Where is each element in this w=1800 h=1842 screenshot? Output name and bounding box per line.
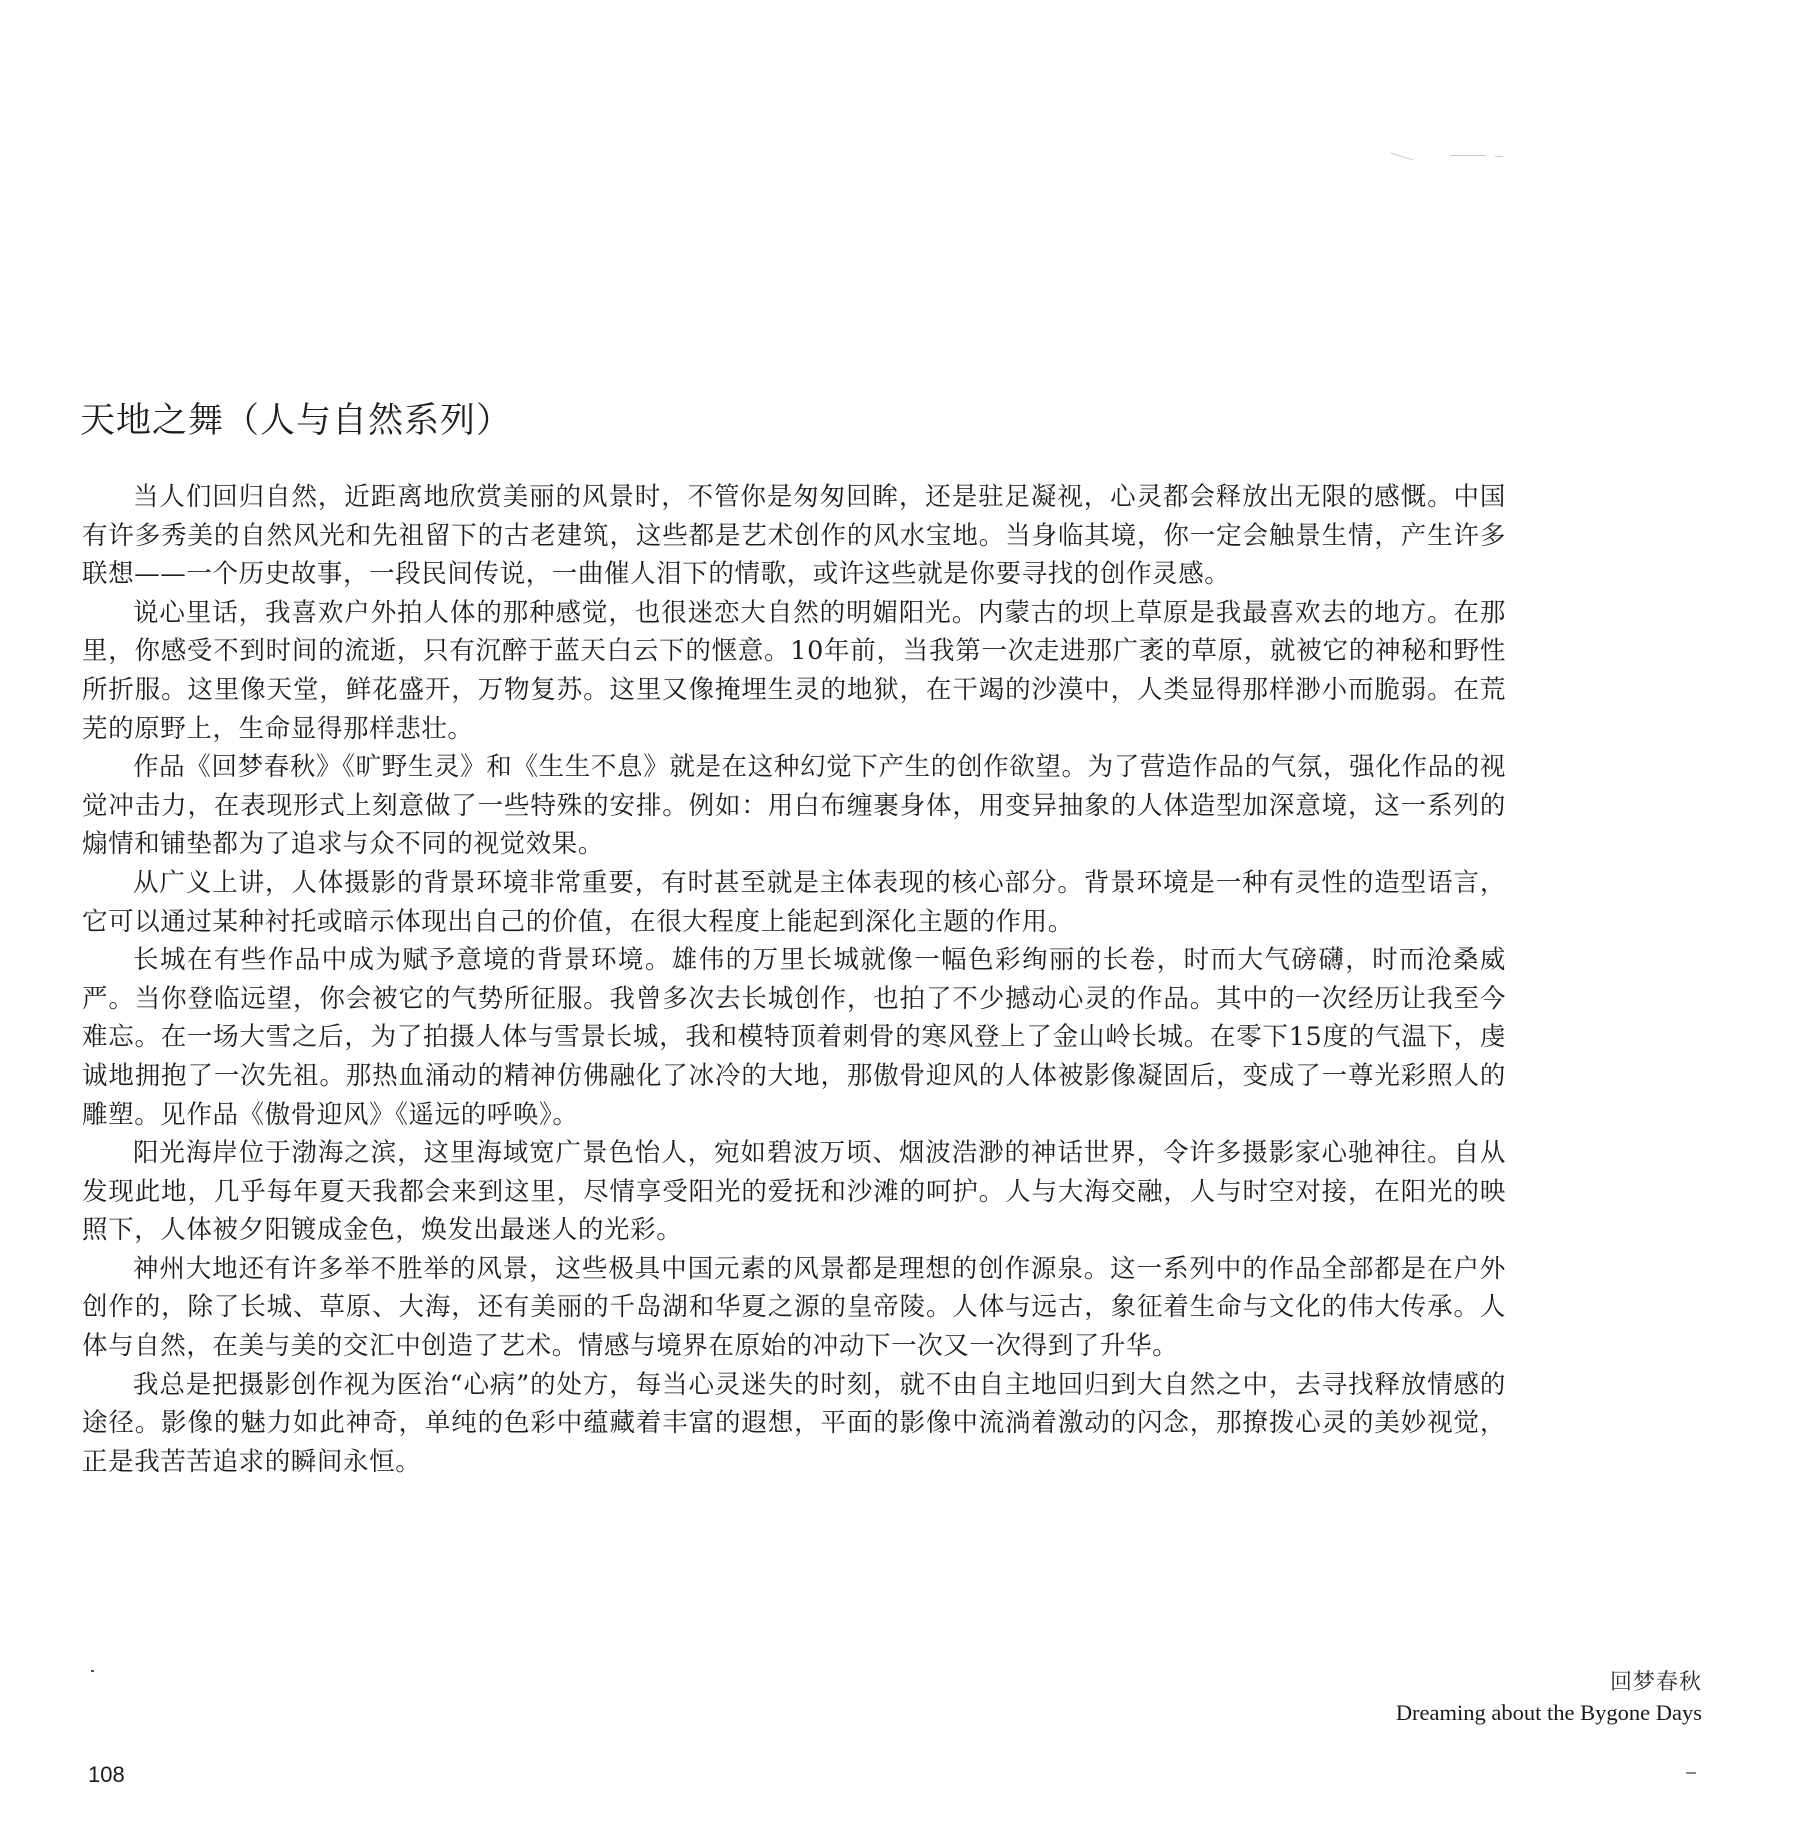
page-number: 108	[88, 1762, 125, 1788]
paragraph: 说心里话，我喜欢户外拍人体的那种感觉，也很迷恋大自然的明媚阳光。内蒙古的坝上草原…	[82, 594, 1506, 748]
page-title: 天地之舞（人与自然系列）	[80, 393, 512, 443]
paragraph: 我总是把摄影创作视为医治“心病”的处方，每当心灵迷失的时刻，就不由自主地回归到大…	[82, 1366, 1506, 1482]
scan-artifact	[1450, 155, 1486, 156]
caption-title-en: Dreaming about the Bygone Days	[1396, 1698, 1702, 1728]
scan-artifact	[1390, 152, 1413, 160]
scan-artifact	[1495, 156, 1503, 157]
photo-caption: 回梦春秋 Dreaming about the Bygone Days	[1396, 1668, 1702, 1728]
article-body: 当人们回归自然，近距离地欣赏美丽的风景时，不管你是匆匆回眸，还是驻足凝视，心灵都…	[82, 478, 1506, 1481]
caption-title-zh: 回梦春秋	[1396, 1668, 1702, 1698]
paragraph: 从广义上讲，人体摄影的背景环境非常重要，有时甚至就是主体表现的核心部分。背景环境…	[82, 864, 1506, 941]
paragraph: 阳光海岸位于渤海之滨，这里海域宽广景色怡人，宛如碧波万顷、烟波浩渺的神话世界，令…	[82, 1134, 1506, 1250]
paragraph: 作品《回梦春秋》《旷野生灵》和《生生不息》就是在这种幻觉下产生的创作欲望。为了营…	[82, 748, 1506, 864]
paragraph: 神州大地还有许多举不胜举的风景，这些极具中国元素的风景都是理想的创作源泉。这一系…	[82, 1250, 1506, 1366]
scan-artifact	[1686, 1772, 1696, 1774]
paragraph: 当人们回归自然，近距离地欣赏美丽的风景时，不管你是匆匆回眸，还是驻足凝视，心灵都…	[82, 478, 1506, 594]
scan-artifact	[91, 1670, 94, 1672]
paragraph: 长城在有些作品中成为赋予意境的背景环境。雄伟的万里长城就像一幅色彩绚丽的长卷，时…	[82, 941, 1506, 1134]
